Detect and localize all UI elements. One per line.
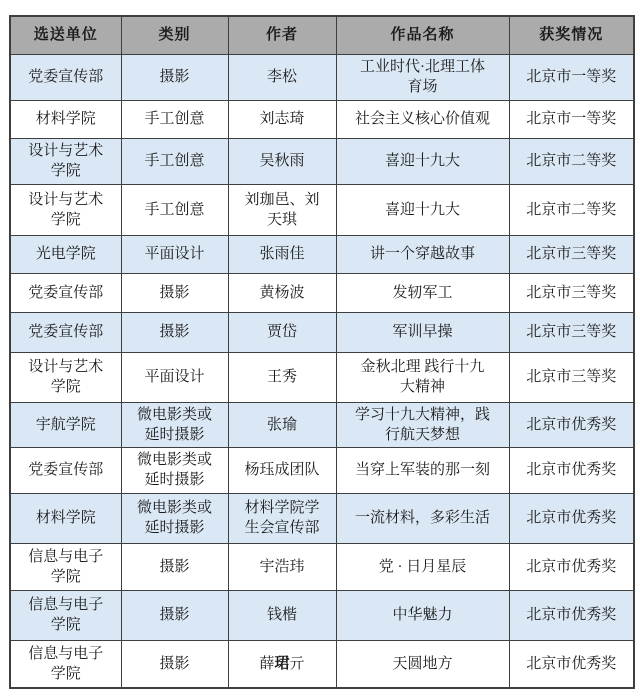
col-header-category: 类别	[121, 16, 228, 54]
award-cell: 北京市优秀奖	[509, 543, 634, 590]
table-body: 党委宣传部摄影李松工业时代·北理工体 育场北京市一等奖材料学院手工创意刘志琦社会…	[10, 54, 634, 688]
title-cell: 天圆地方	[336, 640, 509, 688]
title-cell: 喜迎十九大	[336, 138, 509, 184]
title-cell: 社会主义核心价值观	[336, 100, 509, 138]
title-cell: 学习十九大精神，践 行航天梦想	[336, 402, 509, 447]
title-cell: 党 · 日月星辰	[336, 543, 509, 590]
award-cell: 北京市优秀奖	[509, 493, 634, 543]
author-cell: 钱楷	[228, 590, 336, 640]
header-row: 选送单位类别作者作品名称获奖情况	[10, 16, 634, 54]
category-cell: 微电影类或 延时摄影	[121, 402, 228, 447]
award-cell: 北京市优秀奖	[509, 447, 634, 493]
category-cell: 摄影	[121, 543, 228, 590]
title-cell: 金秋北理 践行十九 大精神	[336, 352, 509, 402]
author-segment: 亓	[290, 656, 305, 672]
category-cell: 微电影类或 延时摄影	[121, 447, 228, 493]
table-row: 材料学院微电影类或 延时摄影材料学院学 生会宣传部一流材料，多彩生活北京市优秀奖	[10, 493, 634, 543]
author-cell: 李松	[228, 54, 336, 100]
col-header-title: 作品名称	[336, 16, 509, 54]
table-row: 光电学院平面设计张雨佳讲一个穿越故事北京市三等奖	[10, 235, 634, 273]
title-cell: 讲一个穿越故事	[336, 235, 509, 273]
category-cell: 手工创意	[121, 184, 228, 235]
award-cell: 北京市二等奖	[509, 138, 634, 184]
table-header: 选送单位类别作者作品名称获奖情况	[10, 16, 634, 54]
table-row: 宇航学院微电影类或 延时摄影张瑜学习十九大精神，践 行航天梦想北京市优秀奖	[10, 402, 634, 447]
category-cell: 平面设计	[121, 235, 228, 273]
author-cell: 张雨佳	[228, 235, 336, 273]
author-cell: 吴秋雨	[228, 138, 336, 184]
unit-cell: 设计与艺术 学院	[10, 352, 121, 402]
author-cell: 王秀	[228, 352, 336, 402]
author-cell: 宇浩玮	[228, 543, 336, 590]
category-cell: 摄影	[121, 590, 228, 640]
unit-cell: 光电学院	[10, 235, 121, 273]
category-cell: 摄影	[121, 640, 228, 688]
title-cell: 当穿上军装的那一刻	[336, 447, 509, 493]
unit-cell: 党委宣传部	[10, 273, 121, 312]
table-row: 党委宣传部微电影类或 延时摄影杨珏成团队当穿上军装的那一刻北京市优秀奖	[10, 447, 634, 493]
table-row: 信息与电子 学院摄影薛珺亓天圆地方北京市优秀奖	[10, 640, 634, 688]
unit-cell: 材料学院	[10, 100, 121, 138]
category-cell: 摄影	[121, 273, 228, 312]
table-row: 党委宣传部摄影贾岱军训早操北京市三等奖	[10, 312, 634, 352]
table-row: 设计与艺术 学院手工创意刘珈邑、刘 天琪喜迎十九大北京市二等奖	[10, 184, 634, 235]
author-segment: 珺	[274, 656, 289, 672]
award-cell: 北京市优秀奖	[509, 590, 634, 640]
unit-cell: 党委宣传部	[10, 312, 121, 352]
author-cell: 刘珈邑、刘 天琪	[228, 184, 336, 235]
title-cell: 工业时代·北理工体 育场	[336, 54, 509, 100]
title-cell: 喜迎十九大	[336, 184, 509, 235]
award-cell: 北京市一等奖	[509, 54, 634, 100]
author-cell: 刘志琦	[228, 100, 336, 138]
award-cell: 北京市一等奖	[509, 100, 634, 138]
title-cell: 一流材料，多彩生活	[336, 493, 509, 543]
author-cell: 薛珺亓	[228, 640, 336, 688]
unit-cell: 信息与电子 学院	[10, 543, 121, 590]
award-cell: 北京市优秀奖	[509, 402, 634, 447]
author-cell: 杨珏成团队	[228, 447, 336, 493]
category-cell: 摄影	[121, 312, 228, 352]
author-cell: 材料学院学 生会宣传部	[228, 493, 336, 543]
author-cell: 张瑜	[228, 402, 336, 447]
author-cell: 黄杨波	[228, 273, 336, 312]
table-row: 党委宣传部摄影李松工业时代·北理工体 育场北京市一等奖	[10, 54, 634, 100]
table-row: 信息与电子 学院摄影钱楷中华魅力北京市优秀奖	[10, 590, 634, 640]
category-cell: 手工创意	[121, 100, 228, 138]
award-cell: 北京市三等奖	[509, 312, 634, 352]
unit-cell: 党委宣传部	[10, 447, 121, 493]
unit-cell: 信息与电子 学院	[10, 640, 121, 688]
award-cell: 北京市三等奖	[509, 235, 634, 273]
title-cell: 军训早操	[336, 312, 509, 352]
unit-cell: 设计与艺术 学院	[10, 184, 121, 235]
unit-cell: 信息与电子 学院	[10, 590, 121, 640]
col-header-award: 获奖情况	[509, 16, 634, 54]
table-row: 设计与艺术 学院平面设计王秀金秋北理 践行十九 大精神北京市三等奖	[10, 352, 634, 402]
title-cell: 发轫军工	[336, 273, 509, 312]
award-cell: 北京市二等奖	[509, 184, 634, 235]
category-cell: 微电影类或 延时摄影	[121, 493, 228, 543]
category-cell: 摄影	[121, 54, 228, 100]
col-header-author: 作者	[228, 16, 336, 54]
title-cell: 中华魅力	[336, 590, 509, 640]
award-table: 选送单位类别作者作品名称获奖情况 党委宣传部摄影李松工业时代·北理工体 育场北京…	[9, 15, 635, 689]
table-row: 设计与艺术 学院手工创意吴秋雨喜迎十九大北京市二等奖	[10, 138, 634, 184]
unit-cell: 党委宣传部	[10, 54, 121, 100]
award-cell: 北京市三等奖	[509, 273, 634, 312]
award-cell: 北京市三等奖	[509, 352, 634, 402]
unit-cell: 材料学院	[10, 493, 121, 543]
award-cell: 北京市优秀奖	[509, 640, 634, 688]
unit-cell: 设计与艺术 学院	[10, 138, 121, 184]
col-header-unit: 选送单位	[10, 16, 121, 54]
table-row: 材料学院手工创意刘志琦社会主义核心价值观北京市一等奖	[10, 100, 634, 138]
table-row: 信息与电子 学院摄影宇浩玮党 · 日月星辰北京市优秀奖	[10, 543, 634, 590]
category-cell: 平面设计	[121, 352, 228, 402]
author-cell: 贾岱	[228, 312, 336, 352]
table-row: 党委宣传部摄影黄杨波发轫军工北京市三等奖	[10, 273, 634, 312]
unit-cell: 宇航学院	[10, 402, 121, 447]
category-cell: 手工创意	[121, 138, 228, 184]
author-segment: 薛	[259, 656, 274, 672]
